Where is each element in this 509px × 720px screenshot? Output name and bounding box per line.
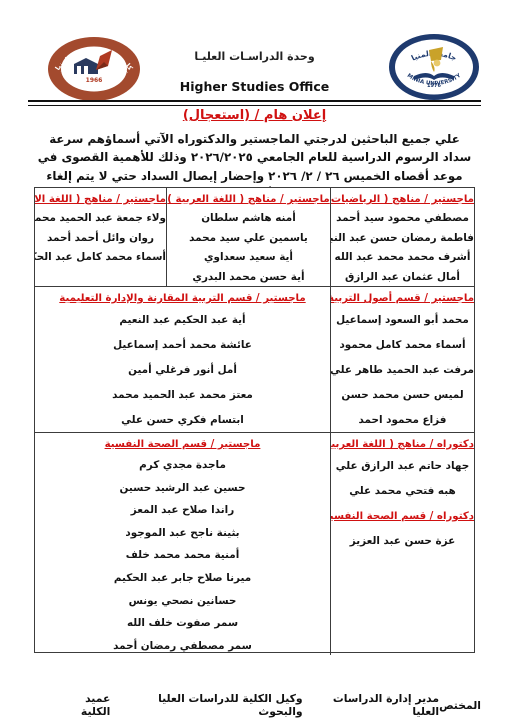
column-header: ماجستير / قسم الصحة النفسية <box>35 433 330 454</box>
column-phd-arabic-curricula: دكتوراه / مناهج ( اللغة العربية ) جهاد ح… <box>330 433 474 655</box>
student-name: حسانين نصحي يونس <box>35 590 330 613</box>
student-name: لميس حسن محمد حسن <box>331 383 474 408</box>
student-name: أمنه هاشم سلطان <box>167 209 330 229</box>
column-subheader: دكتوراه / قسم الصحة النفسية <box>331 504 474 529</box>
student-name: أمنية محمد محمد خلف <box>35 544 330 567</box>
column-header: ماجستير / مناهج ( اللغة العربية ) <box>167 188 330 209</box>
student-name: ولاء جمعة عبد الحميد محمد <box>35 209 166 229</box>
signature-vice-dean: وكيل الكلية للدراسات العليا والبحوث <box>110 692 302 718</box>
student-name: عزة حسن عبد العزيز <box>331 529 474 554</box>
student-name: ماجدة مجدي كرم <box>35 454 330 477</box>
student-name: أية سعيد سعداوي <box>167 248 330 268</box>
signature-dean: عميد الكلية <box>52 692 110 718</box>
student-name: سمر صفوت خلف الله <box>35 612 330 635</box>
student-name: أية حسن محمد البدري <box>167 268 330 287</box>
column-masters-english: ماجستير / مناهج ( اللغة الانجليزية ) ولا… <box>35 188 166 286</box>
column-masters-math: ماجستير / مناهج ( الرياضيات ) مصطفي محمو… <box>330 188 474 286</box>
student-name: عائشة محمد أحمد إسماعيل <box>35 333 330 358</box>
table-section-education-depts: ماجستير / قسم أصول التربية محمد أبو السع… <box>35 286 474 432</box>
student-name: حسين عبد الرشيد حسين <box>35 477 330 500</box>
student-name: بثينة ناجح عبد الموجود <box>35 522 330 545</box>
column-comparative-education: ماجستير / قسم التربية المقارنة والإدارة … <box>35 287 330 432</box>
column-header: ماجستير / مناهج ( اللغة الانجليزية ) <box>35 188 166 209</box>
signature-row: المختص مدير إدارة الدراسات العليا وكيل ا… <box>52 692 481 718</box>
student-name: جهاد حاتم عبد الرازق علي <box>331 454 474 479</box>
student-name: مرفت عبد الحميد طاهر علي <box>331 358 474 383</box>
column-header: ماجستير / قسم أصول التربية <box>331 287 474 308</box>
student-name: محمد أبو السعود إسماعيل <box>331 308 474 333</box>
student-name: أمل أنور فرغلي أمين <box>35 358 330 383</box>
student-name: أسماء محمد كامل محمود <box>331 333 474 358</box>
student-name: ابتسام فكري حسن علي <box>35 408 330 432</box>
student-name: أسماء محمد كامل عبد الحكيم <box>35 248 166 268</box>
page-title: إعلان هام / (استعجال) <box>0 108 509 123</box>
student-name: روان وائل أحمد أحمد <box>35 229 166 249</box>
student-name: فزاع محمود احمد <box>331 408 474 432</box>
student-name: ميرنا صلاح جابر عبد الحكيم <box>35 567 330 590</box>
announcement-document: { "header": { "unit_title_ar": "وحدة الد… <box>0 0 509 720</box>
column-header: ماجستير / قسم التربية المقارنة والإدارة … <box>35 287 330 308</box>
table-section-masters-curricula: ماجستير / مناهج ( الرياضيات ) مصطفي محمو… <box>35 188 474 286</box>
column-masters-psych-health: ماجستير / قسم الصحة النفسية ماجدة مجدي ك… <box>35 433 330 655</box>
column-header: ماجستير / مناهج ( الرياضيات ) <box>331 188 474 209</box>
student-name: فاطمة رمضان حسن عبد النبي <box>331 229 474 249</box>
student-name: أشرف محمد محمد عبد الله <box>331 248 474 268</box>
minia-logo-year: 1976 <box>427 83 441 89</box>
students-table: ماجستير / مناهج ( الرياضيات ) مصطفي محمو… <box>34 187 475 653</box>
student-name: سمر مصطفي رمضان أحمد <box>35 635 330 655</box>
minia-university-logo-icon: جامعة المنيا MINIA UNIVERSITY 1976 <box>387 32 481 102</box>
student-name: أمال عثمان عبد الرازق <box>331 268 474 287</box>
student-name: أية عبد الحكيم عبد النعيم <box>35 308 330 333</box>
student-name: مصطفي محمود سيد أحمد <box>331 209 474 229</box>
column-header: دكتوراه / مناهج ( اللغة العربية ) <box>331 433 474 454</box>
student-name: راندا صلاح عبد المعز <box>35 499 330 522</box>
header-divider <box>28 100 481 106</box>
signature-specialist: المختص <box>439 699 481 712</box>
column-masters-arabic: ماجستير / مناهج ( اللغة العربية ) أمنه ه… <box>166 188 330 286</box>
table-section-phd-and-psych: دكتوراه / مناهج ( اللغة العربية ) جهاد ح… <box>35 432 474 655</box>
student-name: ياسمين علي سيد محمد <box>167 229 330 249</box>
student-name: هبه فتحي محمد علي <box>331 479 474 504</box>
student-name: معتز محمد عبد الحميد محمد <box>35 383 330 408</box>
column-foundations-of-education: ماجستير / قسم أصول التربية محمد أبو السع… <box>330 287 474 432</box>
signature-higher-studies-manager: مدير إدارة الدراسات العليا <box>303 692 439 718</box>
